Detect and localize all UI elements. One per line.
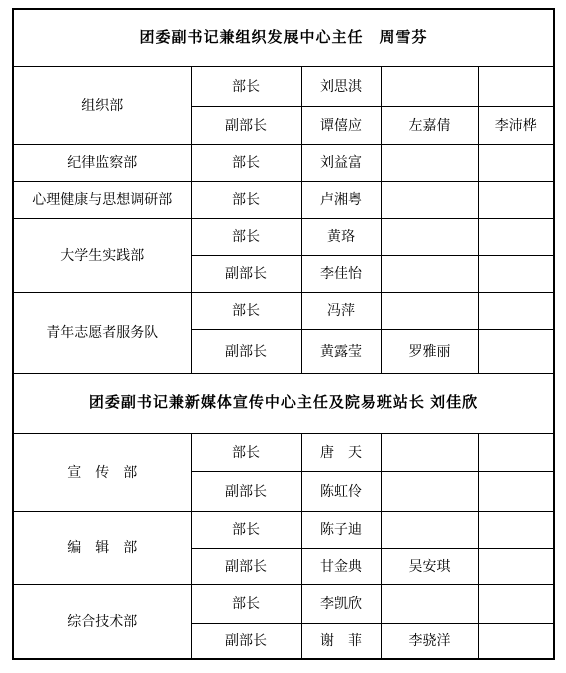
name-cell: 吴安琪 bbox=[381, 548, 478, 584]
name-cell: 左嘉倩 bbox=[381, 106, 478, 144]
name-cell: 陈虹伶 bbox=[301, 471, 381, 511]
dept-cell: 宣 传 部 bbox=[13, 433, 191, 511]
name-cell bbox=[478, 433, 554, 471]
name-cell bbox=[381, 181, 478, 218]
position-cell: 部长 bbox=[191, 66, 301, 106]
name-cell bbox=[381, 66, 478, 106]
table-row: 青年志愿者服务队 部长 冯萍 bbox=[13, 292, 554, 329]
name-cell: 黄露莹 bbox=[301, 329, 381, 373]
name-cell: 刘益富 bbox=[301, 144, 381, 181]
name-cell: 李骁洋 bbox=[381, 623, 478, 659]
name-cell bbox=[381, 471, 478, 511]
table-row: 心理健康与思想调研部 部长 卢湘粤 bbox=[13, 181, 554, 218]
dept-cell: 综合技术部 bbox=[13, 584, 191, 659]
table-row: 纪律监察部 部长 刘益富 bbox=[13, 144, 554, 181]
document-page: 团委副书记兼组织发展中心主任 周雪芬 组织部 部长 刘思淇 副部长 谭僖应 左嘉… bbox=[0, 0, 566, 673]
name-cell bbox=[478, 471, 554, 511]
table-row: 组织部 部长 刘思淇 bbox=[13, 66, 554, 106]
name-cell: 冯萍 bbox=[301, 292, 381, 329]
position-cell: 部长 bbox=[191, 181, 301, 218]
name-cell: 卢湘粤 bbox=[301, 181, 381, 218]
name-cell: 李沛桦 bbox=[478, 106, 554, 144]
name-cell: 罗雅丽 bbox=[381, 329, 478, 373]
name-cell: 谢 菲 bbox=[301, 623, 381, 659]
section-header: 团委副书记兼新媒体宣传中心主任及院易班站长 刘佳欣 bbox=[13, 373, 554, 433]
name-cell: 谭僖应 bbox=[301, 106, 381, 144]
position-cell: 部长 bbox=[191, 292, 301, 329]
position-cell: 副部长 bbox=[191, 471, 301, 511]
dept-cell: 组织部 bbox=[13, 66, 191, 144]
position-cell: 部长 bbox=[191, 511, 301, 548]
position-cell: 副部长 bbox=[191, 548, 301, 584]
table-row: 编 辑 部 部长 陈子迪 bbox=[13, 511, 554, 548]
name-cell: 唐 天 bbox=[301, 433, 381, 471]
name-cell: 陈子迪 bbox=[301, 511, 381, 548]
name-cell bbox=[478, 66, 554, 106]
dept-cell: 大学生实践部 bbox=[13, 218, 191, 292]
name-cell bbox=[381, 584, 478, 623]
name-cell bbox=[381, 218, 478, 255]
dept-cell: 青年志愿者服务队 bbox=[13, 292, 191, 373]
table-row: 团委副书记兼新媒体宣传中心主任及院易班站长 刘佳欣 bbox=[13, 373, 554, 433]
position-cell: 副部长 bbox=[191, 106, 301, 144]
name-cell: 李佳怡 bbox=[301, 255, 381, 292]
name-cell: 黄珞 bbox=[301, 218, 381, 255]
name-cell bbox=[381, 255, 478, 292]
section-header: 团委副书记兼组织发展中心主任 周雪芬 bbox=[13, 9, 554, 66]
position-cell: 部长 bbox=[191, 218, 301, 255]
name-cell bbox=[381, 433, 478, 471]
name-cell bbox=[478, 329, 554, 373]
name-cell: 刘思淇 bbox=[301, 66, 381, 106]
table-row: 宣 传 部 部长 唐 天 bbox=[13, 433, 554, 471]
dept-cell: 心理健康与思想调研部 bbox=[13, 181, 191, 218]
name-cell bbox=[478, 623, 554, 659]
name-cell bbox=[478, 584, 554, 623]
position-cell: 部长 bbox=[191, 144, 301, 181]
position-cell: 部长 bbox=[191, 433, 301, 471]
table-row: 大学生实践部 部长 黄珞 bbox=[13, 218, 554, 255]
dept-cell: 编 辑 部 bbox=[13, 511, 191, 584]
table-row: 团委副书记兼组织发展中心主任 周雪芬 bbox=[13, 9, 554, 66]
name-cell bbox=[478, 511, 554, 548]
position-cell: 副部长 bbox=[191, 255, 301, 292]
dept-cell: 纪律监察部 bbox=[13, 144, 191, 181]
org-structure-table: 团委副书记兼组织发展中心主任 周雪芬 组织部 部长 刘思淇 副部长 谭僖应 左嘉… bbox=[12, 8, 555, 660]
name-cell bbox=[381, 144, 478, 181]
name-cell bbox=[478, 292, 554, 329]
name-cell bbox=[478, 144, 554, 181]
position-cell: 副部长 bbox=[191, 623, 301, 659]
table-row: 综合技术部 部长 李凯欣 bbox=[13, 584, 554, 623]
name-cell: 李凯欣 bbox=[301, 584, 381, 623]
name-cell bbox=[478, 255, 554, 292]
name-cell bbox=[381, 511, 478, 548]
name-cell: 甘金典 bbox=[301, 548, 381, 584]
position-cell: 部长 bbox=[191, 584, 301, 623]
name-cell bbox=[478, 548, 554, 584]
name-cell bbox=[478, 181, 554, 218]
name-cell bbox=[381, 292, 478, 329]
position-cell: 副部长 bbox=[191, 329, 301, 373]
name-cell bbox=[478, 218, 554, 255]
